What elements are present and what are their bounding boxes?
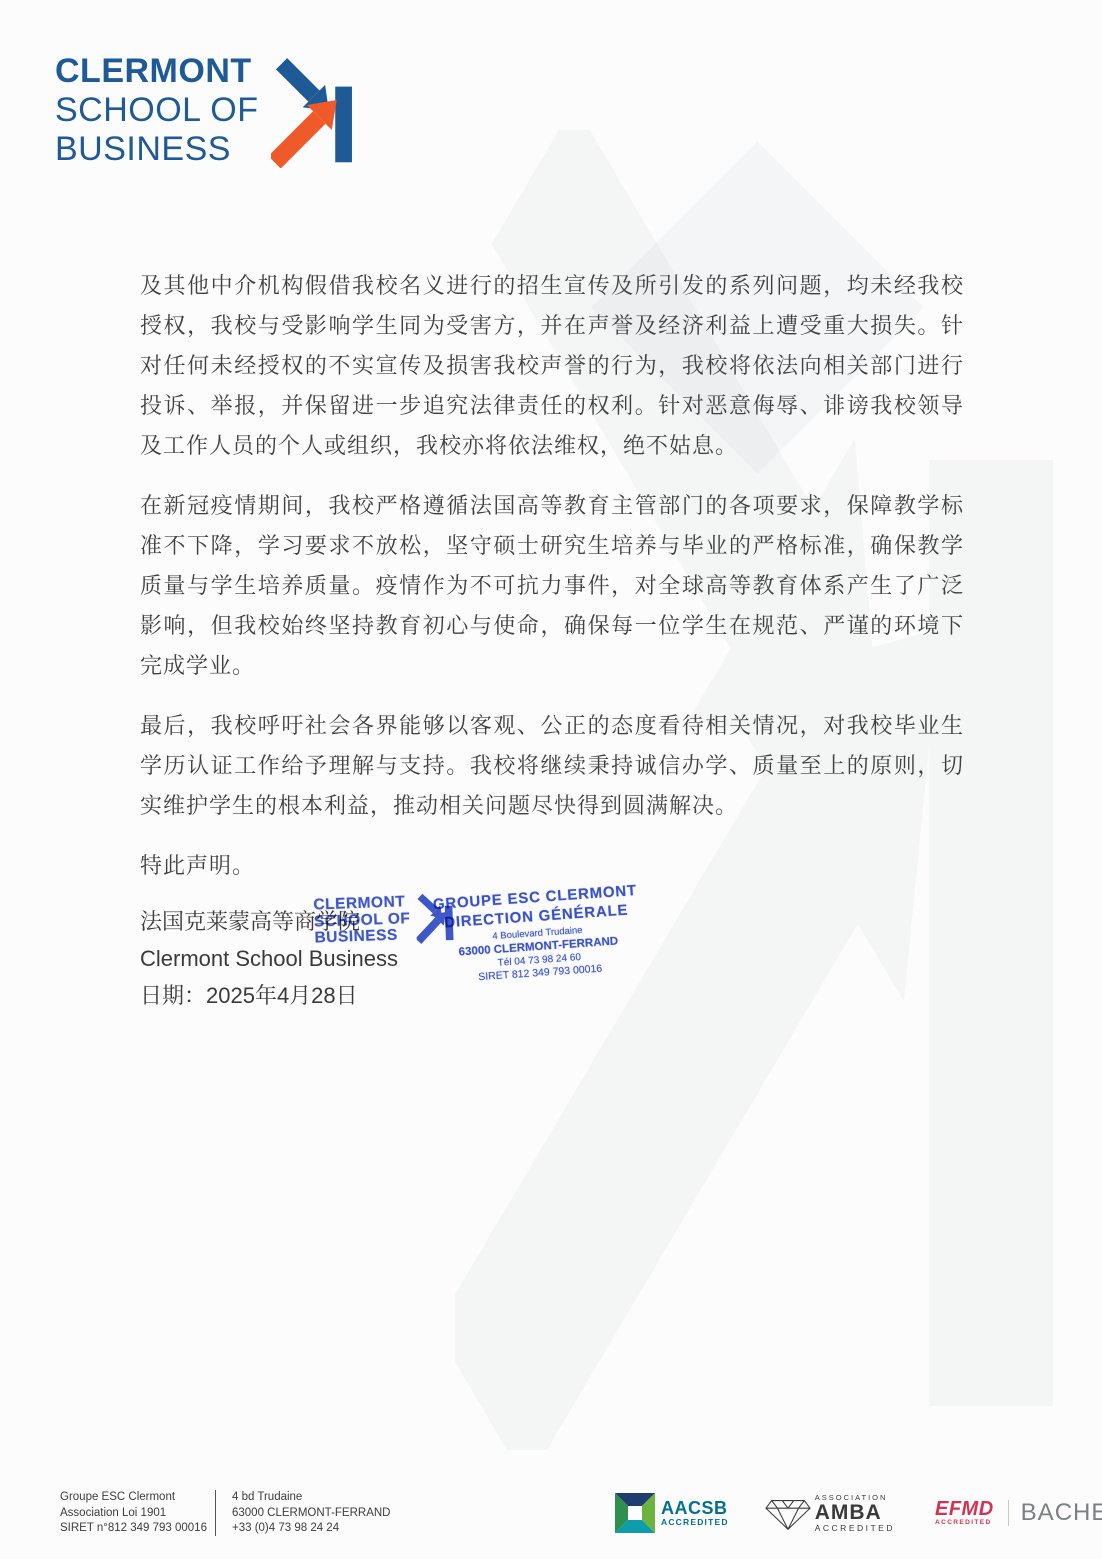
letter-footer: Groupe ESC Clermont Association Loi 1901… <box>0 1484 1102 1559</box>
bachelor-label: BACHELOR <box>1021 1499 1102 1527</box>
amba-accredited-label: ACCREDITED <box>815 1523 895 1533</box>
footer-org-association: Association Loi 1901 <box>60 1506 207 1522</box>
paragraph-1: 及其他中介机构假借我校名义进行的招生宣传及所引发的系列问题，均未经我校授权，我校… <box>140 266 964 466</box>
signature-date: 日期：2025年4月28日 <box>140 977 398 1014</box>
aacsb-accredited-label: ACCREDITED <box>661 1517 729 1527</box>
letter-body: 及其他中介机构假借我校名义进行的招生宣传及所引发的系列问题，均未经我校授权，我校… <box>140 266 964 906</box>
footer-org-siret: SIRET n°812 349 793 00016 <box>60 1521 207 1537</box>
footer-divider <box>215 1490 216 1536</box>
efmd-badge: EFMD ACCREDITED <box>935 1499 994 1527</box>
logo-arrow-icon <box>271 58 359 168</box>
logo-stamp-wordmark: CLERMONT SCHOOL OF BUSINESS <box>313 894 411 947</box>
footer-address-city: 63000 CLERMONT-FERRAND <box>232 1506 390 1522</box>
footer-org-name: Groupe ESC Clermont <box>60 1490 207 1506</box>
logo-line-school-of: SCHOOL OF <box>55 91 259 130</box>
efmd-accredited-label: ACCREDITED <box>935 1519 994 1527</box>
school-logo-wordmark: CLERMONT SCHOOL OF BUSINESS <box>55 52 259 169</box>
aacsb-icon <box>615 1493 655 1533</box>
footer-org-info: Groupe ESC Clermont Association Loi 1901… <box>60 1490 207 1537</box>
footer-address-street: 4 bd Trudaine <box>232 1490 390 1506</box>
amba-name: AMBA <box>815 1502 895 1523</box>
paragraph-3: 最后，我校呼吁社会各界能够以客观、公正的态度看待相关情况，对我校毕业生学历认证工… <box>140 706 964 826</box>
direction-generale-stamp: GROUPE ESC CLERMONT DIRECTION GÉNÉRALE 4… <box>427 881 648 988</box>
amba-badge: ASSOCIATION AMBA ACCREDITED <box>765 1493 895 1533</box>
footer-address: 4 bd Trudaine 63000 CLERMONT-FERRAND +33… <box>232 1490 390 1537</box>
school-logo: CLERMONT SCHOOL OF BUSINESS <box>55 52 359 169</box>
accreditation-badges: AACSB ACCREDITED ASSOCIATION AM <box>615 1484 1102 1542</box>
paragraph-2: 在新冠疫情期间，我校严格遵循法国高等教育主管部门的各项要求，保障教学标准不下降，… <box>140 486 964 686</box>
logo-line-business: BUSINESS <box>55 130 259 169</box>
aacsb-badge: AACSB ACCREDITED <box>615 1493 729 1533</box>
letter-page: CLERMONT SCHOOL OF BUSINESS 及其他中介机构假借我校名… <box>0 0 1102 1559</box>
logo-stamp-line-business: BUSINESS <box>314 927 411 947</box>
aacsb-name: AACSB <box>661 1499 729 1517</box>
amba-gem-icon <box>765 1493 811 1533</box>
efmd-name: EFMD <box>935 1499 994 1519</box>
paragraph-closing: 特此声明。 <box>140 846 964 886</box>
footer-address-phone: +33 (0)4 73 98 24 24 <box>232 1521 390 1537</box>
logo-line-clermont: CLERMONT <box>55 52 259 91</box>
efmd-bachelor-divider <box>1008 1500 1009 1526</box>
